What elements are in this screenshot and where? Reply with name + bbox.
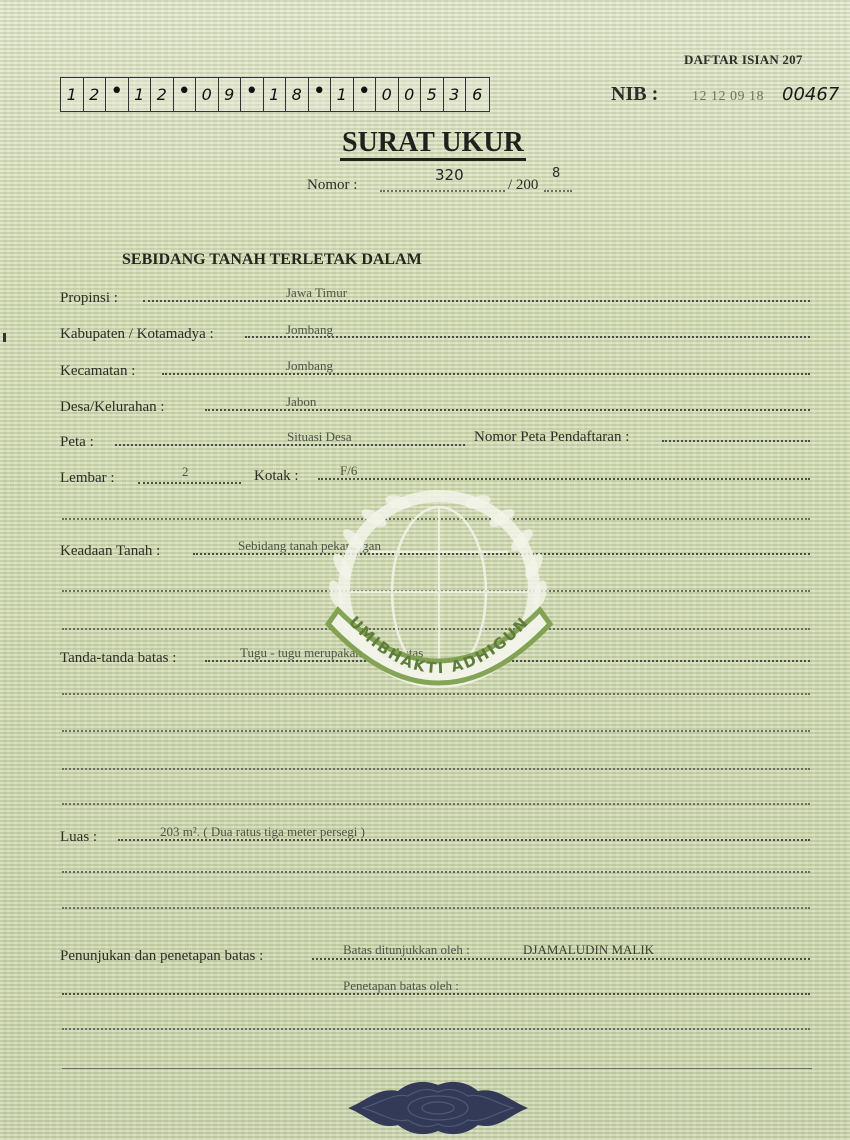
nib-printed-value: 12 12 09 18 xyxy=(692,89,764,105)
blank-dotted-line xyxy=(62,590,810,592)
section-heading: SEBIDANG TANAH TERLETAK DALAM xyxy=(122,251,422,269)
bpn-emblem-icon: BUMIBHAKTI ADHIGUNA xyxy=(318,474,558,704)
bottom-rule xyxy=(62,1068,812,1069)
id-box: 1 xyxy=(129,78,152,111)
nomor-peta-dotted-line xyxy=(662,440,810,442)
tanda-batas-value: Tugu - tugu merupakan tanda batas xyxy=(240,645,423,661)
id-box: 3 xyxy=(444,78,467,111)
parcel-id-boxes: 12•12•09•18•1•00536 xyxy=(60,77,490,112)
penunjukan-label: Penunjukan dan penetapan batas : xyxy=(60,948,263,965)
blank-dotted-line xyxy=(62,768,810,770)
blank-dotted-line xyxy=(62,871,810,873)
lembar-dotted-line xyxy=(138,482,241,484)
penetapan-batas-label: Penetapan batas oleh : xyxy=(343,978,459,994)
kecamatan-dotted-line xyxy=(162,373,810,375)
nomor-year-prefix: / 200 xyxy=(508,177,538,194)
keadaan-tanah-value: Sebidang tanah pekarangan xyxy=(238,538,381,554)
form-code: DAFTAR ISIAN 207 xyxy=(684,52,803,68)
id-box: • xyxy=(354,78,377,111)
blank-dotted-line xyxy=(62,628,810,630)
edge-mark xyxy=(3,333,6,342)
guilloche-rosette-icon xyxy=(343,1075,533,1140)
blank-dotted-line xyxy=(62,730,810,732)
desa-value: Jabon xyxy=(286,394,316,410)
id-box: 1 xyxy=(331,78,354,111)
peta-value: Situasi Desa xyxy=(287,429,352,445)
id-box: 8 xyxy=(286,78,309,111)
blank-dotted-line xyxy=(62,693,810,695)
id-box: • xyxy=(174,78,197,111)
lembar-label: Lembar : xyxy=(60,470,115,487)
id-box: • xyxy=(241,78,264,111)
batas-ditunjukkan-value: DJAMALUDIN MALIK xyxy=(523,942,654,958)
id-box: 1 xyxy=(61,78,84,111)
id-box: 0 xyxy=(196,78,219,111)
id-box: 1 xyxy=(264,78,287,111)
nomor-year-dotted-line xyxy=(544,190,572,192)
peta-label: Peta : xyxy=(60,434,94,451)
keadaan-tanah-label: Keadaan Tanah : xyxy=(60,543,160,560)
id-box: • xyxy=(309,78,332,111)
penunjukan-dotted-line xyxy=(312,958,810,960)
id-box: 0 xyxy=(399,78,422,111)
blank-dotted-line xyxy=(62,907,810,909)
kabupaten-label: Kabupaten / Kotamadya : xyxy=(60,326,214,343)
propinsi-dotted-line xyxy=(143,300,810,302)
nomor-peta-label: Nomor Peta Pendaftaran : xyxy=(474,429,629,446)
blank-dotted-line xyxy=(62,803,810,805)
luas-value: 203 m². ( Dua ratus tiga meter persegi ) xyxy=(160,824,365,840)
batas-ditunjukkan-label: Batas ditunjukkan oleh : xyxy=(343,942,470,958)
propinsi-label: Propinsi : xyxy=(60,290,118,307)
nib-label: NIB : xyxy=(611,83,658,106)
nib-handwritten-value: 00467 xyxy=(782,84,839,105)
kotak-dotted-line xyxy=(318,478,810,480)
blank-dotted-line xyxy=(62,518,810,520)
desa-label: Desa/Kelurahan : xyxy=(60,399,165,416)
tanda-batas-label: Tanda-tanda batas : xyxy=(60,650,176,667)
surat-ukur-document: DAFTAR ISIAN 207 12•12•09•18•1•00536 NIB… xyxy=(0,0,850,1140)
document-title: SURAT UKUR xyxy=(340,128,526,161)
nomor-dotted-line xyxy=(380,190,505,192)
id-box: 2 xyxy=(151,78,174,111)
nomor-value: 320 xyxy=(435,166,464,184)
kabupaten-value: Jombang xyxy=(286,322,333,338)
id-box: 2 xyxy=(84,78,107,111)
id-box: 6 xyxy=(466,78,489,111)
id-box: • xyxy=(106,78,129,111)
luas-label: Luas : xyxy=(60,829,97,846)
propinsi-value: Jawa Timur xyxy=(286,285,347,301)
nomor-label: Nomor : xyxy=(307,177,357,194)
id-box: 0 xyxy=(376,78,399,111)
kotak-value: F/6 xyxy=(340,463,357,479)
nomor-year-suffix: 8 xyxy=(552,166,560,181)
lembar-value: 2 xyxy=(182,464,189,480)
blank-dotted-line xyxy=(62,1028,810,1030)
kotak-label: Kotak : xyxy=(254,468,299,485)
kecamatan-value: Jombang xyxy=(286,358,333,374)
kecamatan-label: Kecamatan : xyxy=(60,363,135,380)
id-box: 9 xyxy=(219,78,242,111)
id-box: 5 xyxy=(421,78,444,111)
